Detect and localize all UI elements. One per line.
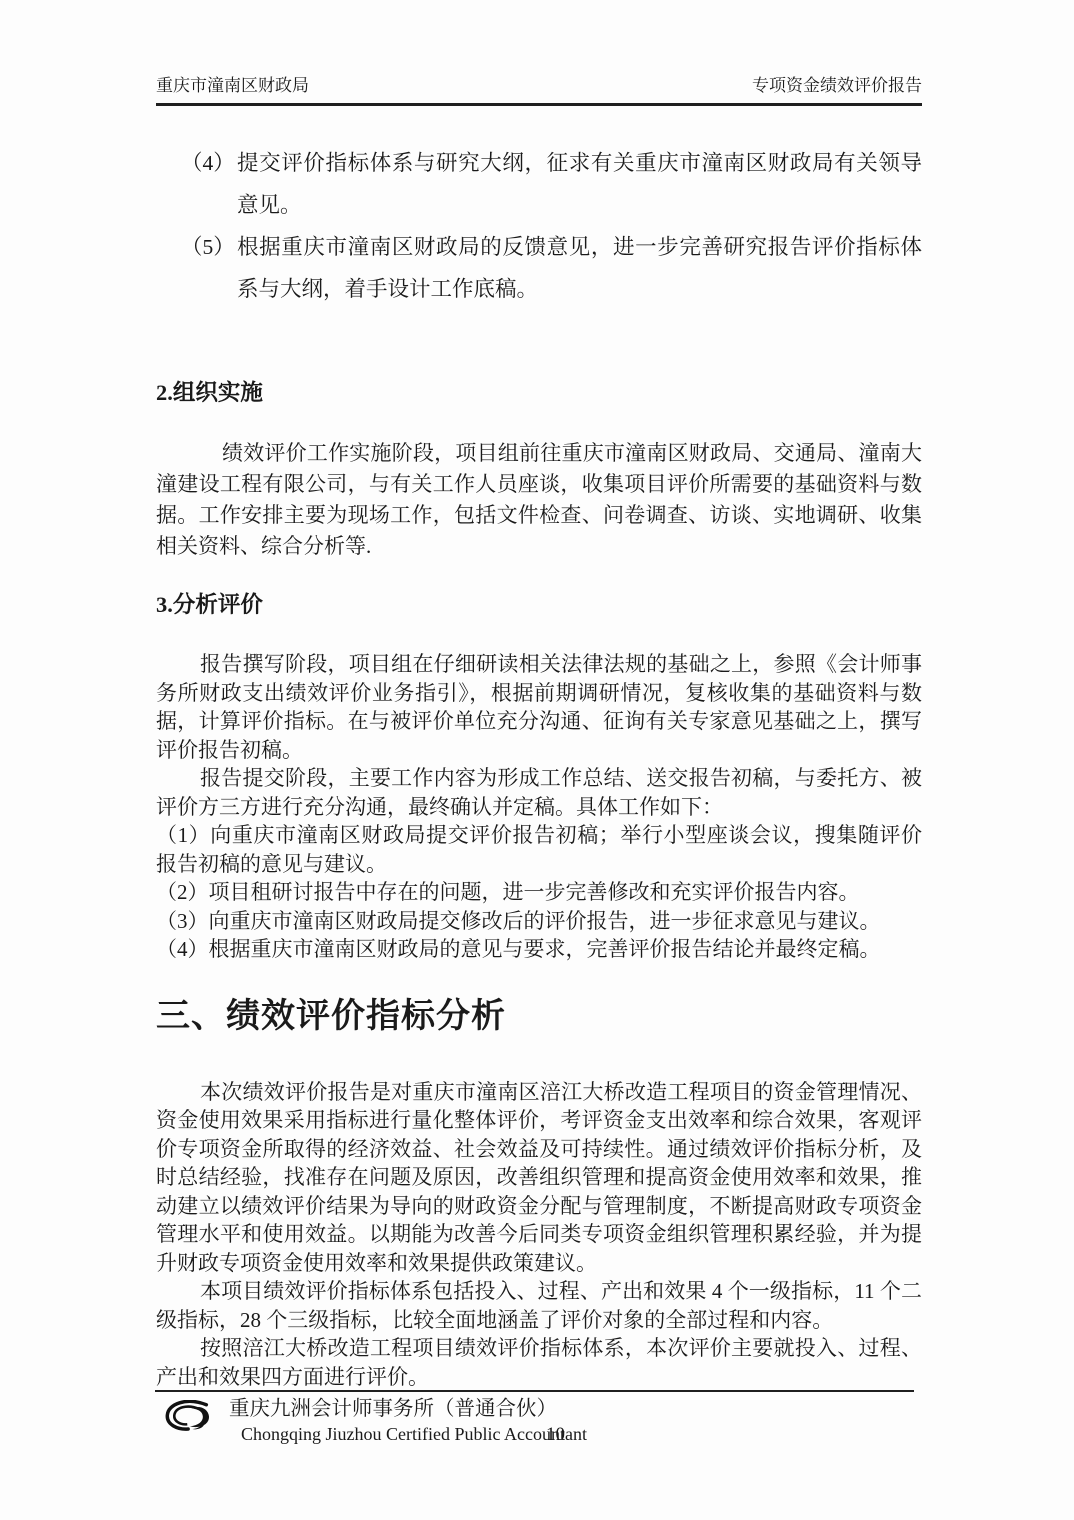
list-item: （4） 提交评价指标体系与研究大纲，征求有关重庆市潼南区财政局有关领导意见。 (181, 142, 922, 226)
paragraph: 按照涪江大桥改造工程项目绩效评价指标体系，本次评价主要就投入、过程、产出和效果四… (156, 1334, 922, 1391)
paragraph: 本次绩效评价报告是对重庆市潼南区涪江大桥改造工程项目的资金管理情况、资金使用效果… (156, 1078, 922, 1278)
page-content: 重庆市潼南区财政局 专项资金绩效评价报告 （4） 提交评价指标体系与研究大纲，征… (0, 0, 1074, 1391)
jiuzhou-swirl-logo-icon (163, 1400, 215, 1437)
paragraph: 本项目绩效评价指标体系包括投入、过程、产出和效果 4 个一级指标，11 个二级指… (156, 1277, 922, 1334)
page-number: 10 (546, 1424, 565, 1446)
step-paragraph: （1）向重庆市潼南区财政局提交评价报告初稿；举行小型座谈会议，搜集随评价报告初稿… (156, 821, 922, 878)
list-item-text: 根据重庆市潼南区财政局的反馈意见，进一步完善研究报告评价指标体系与大纲，着手设计… (237, 226, 922, 310)
firm-name-cn: 重庆九洲会计师事务所（普通合伙） (229, 1396, 587, 1422)
chapter-heading: 三、绩效评价指标分析 (156, 994, 922, 1038)
step-paragraph: （3）向重庆市潼南区财政局提交修改后的评价报告，进一步征求意见与建议。 (156, 907, 922, 936)
paragraph: 报告提交阶段，主要工作内容为形成工作总结、送交报告初稿，与委托方、被评价方三方进… (156, 764, 922, 821)
header-right-title: 专项资金绩效评价报告 (752, 74, 922, 98)
section-heading-organization: 2.组织实施 (156, 378, 922, 408)
list-item: （5） 根据重庆市潼南区财政局的反馈意见，进一步完善研究报告评价指标体系与大纲，… (181, 226, 922, 310)
footer-firm-names: 重庆九洲会计师事务所（普通合伙） Chongqing Jiuzhou Certi… (229, 1396, 587, 1446)
chapter-text-block: 本次绩效评价报告是对重庆市潼南区涪江大桥改造工程项目的资金管理情况、资金使用效果… (156, 1078, 922, 1392)
list-item-marker: （5） (181, 226, 237, 310)
step-paragraph: （4）根据重庆市潼南区财政局的意见与要求，完善评价报告结论并最终定稿。 (156, 935, 922, 964)
analysis-text-block: 报告撰写阶段，项目组在仔细研读相关法律法规的基础之上，参照《会计师事务所财政支出… (156, 650, 922, 964)
list-item-marker: （4） (181, 142, 237, 226)
section-heading-analysis: 3.分析评价 (156, 590, 922, 620)
header-left-title: 重庆市潼南区财政局 (156, 74, 309, 98)
numbered-list: （4） 提交评价指标体系与研究大纲，征求有关重庆市潼南区财政局有关领导意见。 （… (181, 142, 922, 310)
page-header: 重庆市潼南区财政局 专项资金绩效评价报告 (156, 0, 922, 106)
document-page: 重庆市潼南区财政局 专项资金绩效评价报告 （4） 提交评价指标体系与研究大纲，征… (0, 0, 1074, 1520)
page-footer: 重庆九洲会计师事务所（普通合伙） Chongqing Jiuzhou Certi… (155, 1390, 914, 1446)
footer-firm-row: 重庆九洲会计师事务所（普通合伙） Chongqing Jiuzhou Certi… (155, 1396, 914, 1446)
paragraph: 绩效评价工作实施阶段，项目组前往重庆市潼南区财政局、交通局、潼南大潼建设工程有限… (156, 438, 922, 562)
step-paragraph: （2）项目租研讨报告中存在的问题，进一步完善修改和充实评价报告内容。 (156, 878, 922, 907)
firm-name-en: Chongqing Jiuzhou Certified Public Accou… (241, 1422, 587, 1446)
list-item-text: 提交评价指标体系与研究大纲，征求有关重庆市潼南区财政局有关领导意见。 (237, 142, 922, 226)
paragraph: 报告撰写阶段，项目组在仔细研读相关法律法规的基础之上，参照《会计师事务所财政支出… (156, 650, 922, 764)
